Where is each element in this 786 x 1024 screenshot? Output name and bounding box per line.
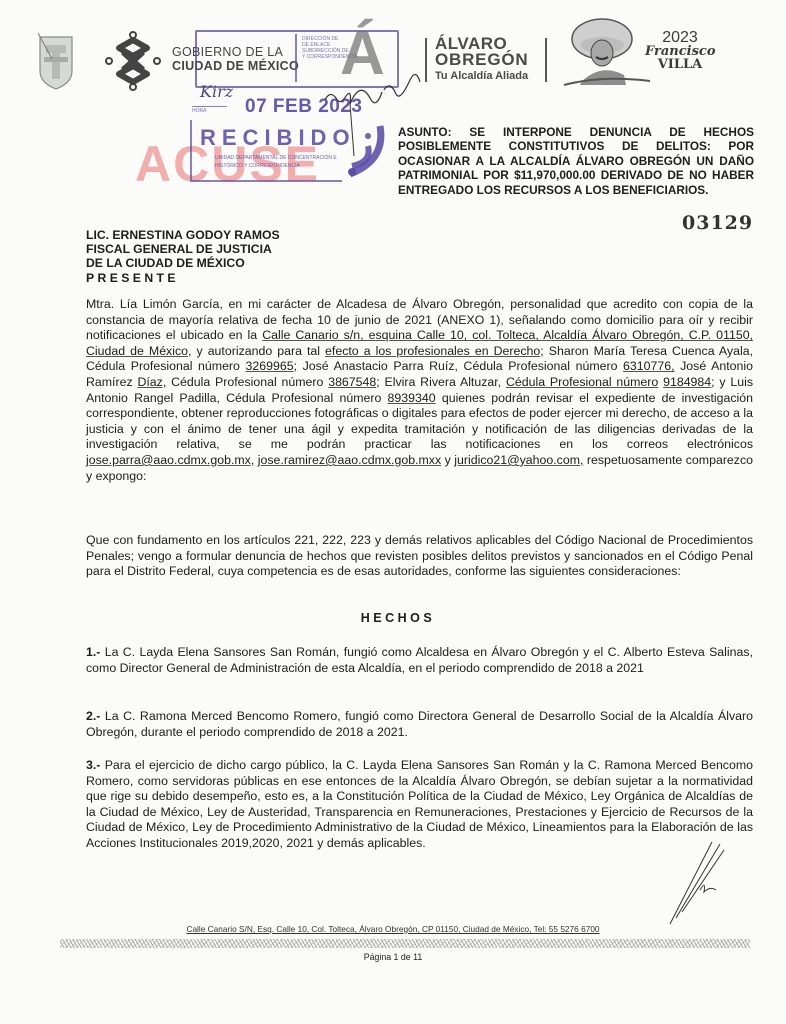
year-logo-last-name: VILLA: [645, 58, 715, 72]
cdmx-knot-logo-icon: [105, 30, 161, 92]
page-number: Página 1 de 11: [0, 952, 786, 962]
text-run-underlined: Cédula Profesional número: [506, 375, 658, 389]
email-link[interactable]: juridico21@yahoo.com,: [454, 453, 583, 467]
email-link[interactable]: jose.ramirez@aao.cdmx.gob.mxx: [258, 453, 441, 467]
cedula-number: 6310776,: [623, 359, 675, 373]
year-logo: 2023 Francisco VILLA: [645, 30, 715, 72]
footer-decorative-pattern: [60, 939, 750, 948]
francisco-villa-portrait-icon: [562, 15, 652, 89]
footer-address: Calle Canario S/N, Esq. Calle 10, Col. T…: [0, 924, 786, 934]
text-run: Cédula Profesional número: [166, 375, 328, 389]
cdmx-shield-icon: [38, 33, 74, 91]
hechos-heading: HECHOS: [0, 611, 786, 625]
addressee-presente: PRESENTE: [86, 271, 280, 285]
alcaldia-line2: OBREGÓN: [435, 52, 528, 68]
stamp-hora-label: HORA: [192, 106, 227, 114]
alcaldia-logo-text: ÁLVARO OBREGÓN Tu Alcaldía Aliada: [435, 36, 528, 83]
addressee-name: LIC. ERNESTINA GODOY RAMOS: [86, 228, 280, 242]
text-run: ; José Anastacio Parra Ruíz, Cédula Prof…: [294, 359, 623, 373]
addressee-title: FISCAL GENERAL DE JUSTICIA: [86, 242, 280, 256]
recibido-sub-line: HISTÓRICO Y CORRESPONDENCIA: [215, 162, 337, 170]
hecho-text: La C. Ramona Merced Bencomo Romero, fung…: [86, 709, 753, 739]
addressee-entity: DE LA CIUDAD DE MÉXICO: [86, 256, 280, 270]
hecho-item: 1.- La C. Layda Elena Sansores San Román…: [86, 645, 753, 676]
addressee-block: LIC. ERNESTINA GODOY RAMOS FISCAL GENERA…: [86, 228, 280, 285]
hecho-item: 2.- La C. Ramona Merced Bencomo Romero, …: [86, 709, 753, 740]
cedula-number: 8939340: [388, 391, 436, 405]
margin-signature: [660, 840, 730, 930]
cedula-number: 3269965: [246, 359, 294, 373]
legal-basis-paragraph: Que con fundamento en los artículos 221,…: [86, 533, 753, 580]
hecho-number: 1.-: [86, 645, 100, 659]
hecho-item: 3.- Para el ejercicio de dicho cargo púb…: [86, 758, 753, 852]
hecho-text: Para el ejercicio de dicho cargo público…: [86, 758, 753, 850]
intro-paragraph: Mtra. Lía Limón García, en mi carácter d…: [86, 297, 753, 484]
alcaldia-tagline: Tu Alcaldía Aliada: [435, 70, 528, 83]
text-run: ; Elvira Rivera Altuzar,: [376, 375, 506, 389]
recibido-stamp-subtitle: UNIDAD DEPARTAMENTAL DE CONCENTRACIÓN E …: [215, 154, 337, 170]
year-logo-year: 2023: [645, 30, 715, 45]
hecho-number: 2.-: [86, 709, 100, 723]
text-run-underlined: Díaz,: [137, 375, 166, 389]
handwritten-hora: Kirz: [200, 82, 233, 101]
text-run: y autorizando para tal: [191, 344, 325, 358]
hecho-number: 3.-: [86, 758, 100, 772]
footer-address-text: Calle Canario S/N, Esq. Calle 10, Col. T…: [186, 924, 599, 934]
hecho-text: La C. Layda Elena Sansores San Román, fu…: [86, 645, 753, 675]
recibido-sub-line: UNIDAD DEPARTAMENTAL DE CONCENTRACIÓN E: [215, 154, 337, 162]
asunto-block: ASUNTO: SE INTERPONE DENUNCIA DE HECHOS …: [398, 125, 754, 197]
folio-number: 03129: [682, 212, 753, 234]
text-run: y: [441, 453, 454, 467]
header-divider: [545, 38, 547, 82]
text-run-underlined: efecto a los profesionales en Derecho;: [325, 344, 544, 358]
cedula-number: 9184984: [663, 375, 711, 389]
email-link[interactable]: jose.parra@aao.cdmx.gob.mx,: [86, 453, 254, 467]
cedula-number: 3867548: [328, 375, 376, 389]
